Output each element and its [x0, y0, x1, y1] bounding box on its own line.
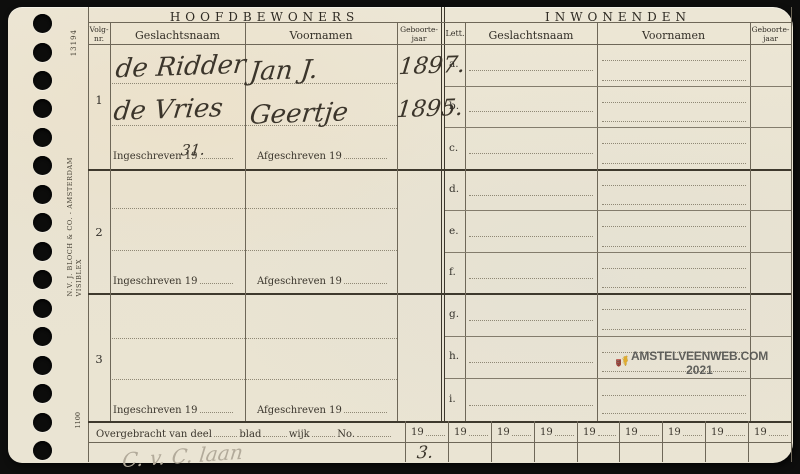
binder-hole	[33, 156, 52, 175]
column-line	[597, 22, 598, 421]
section-divider	[88, 169, 791, 171]
year-cell: 19	[405, 421, 448, 442]
stationer-form-code: 1100	[74, 412, 82, 429]
write-line	[602, 309, 746, 310]
year-cell: 19	[662, 421, 705, 442]
binder-hole	[33, 356, 52, 375]
letter-row-divider	[445, 86, 791, 87]
afgeschreven-row: Afgeschreven 19	[257, 273, 389, 287]
letter-a: a.	[449, 58, 459, 70]
letter-b: b.	[449, 100, 459, 112]
cell-divider	[448, 442, 449, 462]
watermark: AMSTELVEENWEB.COM 2021	[616, 343, 768, 385]
write-line	[602, 329, 746, 330]
write-line	[602, 102, 746, 103]
column-line	[465, 22, 466, 421]
year-cell: 19	[705, 421, 748, 442]
handwritten-street: C. v. C. laan	[121, 440, 244, 472]
volgnr-3: 3	[88, 352, 110, 366]
binder-hole	[33, 43, 52, 62]
year-cell: 19	[534, 421, 577, 442]
volgnr-2: 2	[88, 225, 110, 239]
write-line	[469, 195, 593, 196]
binder-hole	[33, 99, 52, 118]
watermark-year: 2021	[631, 363, 768, 377]
letter-row-divider	[445, 210, 791, 211]
write-line	[602, 395, 746, 396]
stationer-company: N.V. J. BLOCH & CO. - AMSTERDAM	[66, 157, 75, 297]
binder-hole	[33, 327, 52, 346]
binder-hole	[33, 14, 52, 33]
cell-divider	[534, 442, 535, 462]
write-line	[469, 70, 593, 71]
stationer-serial: 13194	[70, 29, 78, 56]
write-line	[112, 379, 397, 380]
write-line	[602, 204, 746, 205]
lion-icon	[622, 344, 629, 378]
entry-voornamen-row2: Geertje	[248, 97, 349, 130]
write-line	[602, 287, 746, 288]
write-line	[602, 185, 746, 186]
letter-d: d.	[449, 183, 459, 195]
write-line	[469, 405, 593, 406]
write-line	[602, 163, 746, 164]
cell-divider	[662, 442, 663, 462]
entry-voornamen-row1: Jan J.	[248, 55, 319, 87]
entry-ingeschreven-year: 31.	[180, 141, 206, 160]
column-header-volgnr: Volg- nr.	[88, 26, 110, 43]
write-line	[469, 278, 593, 279]
binder-hole	[33, 213, 52, 232]
binder-hole	[33, 413, 52, 432]
register-card: 13194 VISIBLEX N.V. J. BLOCH & CO. - AMS…	[8, 7, 793, 463]
letter-i: i.	[449, 393, 456, 405]
write-line	[602, 268, 746, 269]
year-cell: 19	[448, 421, 491, 442]
ingeschreven-row: Ingeschreven 19	[113, 273, 235, 287]
column-line	[397, 22, 398, 421]
write-line	[112, 338, 397, 339]
binder-hole	[33, 441, 52, 460]
stationer-brand: VISIBLEX	[75, 157, 84, 297]
ingeschreven-row: Ingeschreven 19	[113, 402, 235, 416]
afgeschreven-row: Afgeschreven 19	[257, 402, 389, 416]
section-divider	[88, 293, 791, 295]
year-cell: 19	[619, 421, 662, 442]
letter-g: g.	[449, 308, 459, 320]
letter-e: e.	[449, 225, 459, 237]
write-line	[602, 121, 746, 122]
cell-divider	[705, 442, 706, 462]
write-line	[602, 80, 746, 81]
binder-hole	[33, 128, 52, 147]
column-line	[110, 22, 111, 421]
column-line	[245, 22, 246, 421]
binder-hole	[33, 299, 52, 318]
cell-divider	[619, 442, 620, 462]
amstelveen-shield-icon	[616, 351, 621, 375]
write-line	[602, 143, 746, 144]
header-underline	[88, 44, 791, 45]
scanned-register-photo: { "titles": { "hoofdbewoners": "HOOFDBEW…	[0, 0, 800, 474]
letter-f: f.	[449, 266, 456, 278]
letter-c: c.	[449, 142, 458, 154]
binder-hole	[33, 270, 52, 289]
write-line	[112, 208, 397, 209]
column-header-geboortejaar-left: Geboorte- jaar	[397, 26, 441, 43]
write-line	[469, 362, 593, 363]
letter-row-divider	[445, 252, 791, 253]
write-line	[602, 60, 746, 61]
ingeschreven-row: Ingeschreven 19	[113, 148, 235, 162]
write-line	[602, 246, 746, 247]
watermark-site: AMSTELVEENWEB.COM	[631, 349, 768, 363]
binder-hole	[33, 185, 52, 204]
cell-divider	[577, 442, 578, 462]
volgnr-1: 1	[88, 93, 110, 107]
binder-hole	[33, 384, 52, 403]
entry-geslachtsnaam-row2: de Vries	[112, 93, 224, 127]
letter-row-divider	[445, 336, 791, 337]
cell-divider	[405, 442, 406, 462]
title-underline	[88, 22, 791, 23]
write-line	[469, 320, 593, 321]
table-right-border	[791, 7, 792, 462]
overgebracht-row: Overgebracht van deel blad wijk No.	[96, 425, 393, 440]
write-line	[469, 153, 593, 154]
binder-hole	[33, 242, 52, 261]
write-line	[602, 226, 746, 227]
stationer-imprint: VISIBLEX N.V. J. BLOCH & CO. - AMSTERDAM	[66, 157, 84, 297]
write-line	[469, 236, 593, 237]
year-cell: 19	[577, 421, 619, 442]
column-header-voornamen-left: Voornamen	[245, 29, 397, 42]
write-line	[602, 413, 746, 414]
cell-divider	[748, 442, 749, 462]
column-header-voornamen-right: Voornamen	[597, 29, 750, 42]
entry-geslachtsnaam-row1: de Ridder	[114, 50, 247, 84]
binder-hole	[33, 71, 52, 90]
cell-divider	[491, 442, 492, 462]
letter-h: h.	[449, 350, 459, 362]
column-header-geslachtsnaam-left: Geslachtsnaam	[110, 29, 245, 42]
afgeschreven-row: Afgeschreven 19	[257, 148, 389, 162]
column-header-geslachtsnaam-right: Geslachtsnaam	[465, 29, 597, 42]
write-line	[469, 111, 593, 112]
year-cell: 19	[491, 421, 534, 442]
column-header-geboortejaar-right: Geboorte- jaar	[750, 26, 791, 43]
handwritten-number: 3.	[416, 443, 434, 464]
year-cell: 19	[748, 421, 791, 442]
letter-row-divider	[445, 127, 791, 128]
write-line	[112, 250, 397, 251]
column-header-lett: Lett.	[445, 30, 465, 39]
